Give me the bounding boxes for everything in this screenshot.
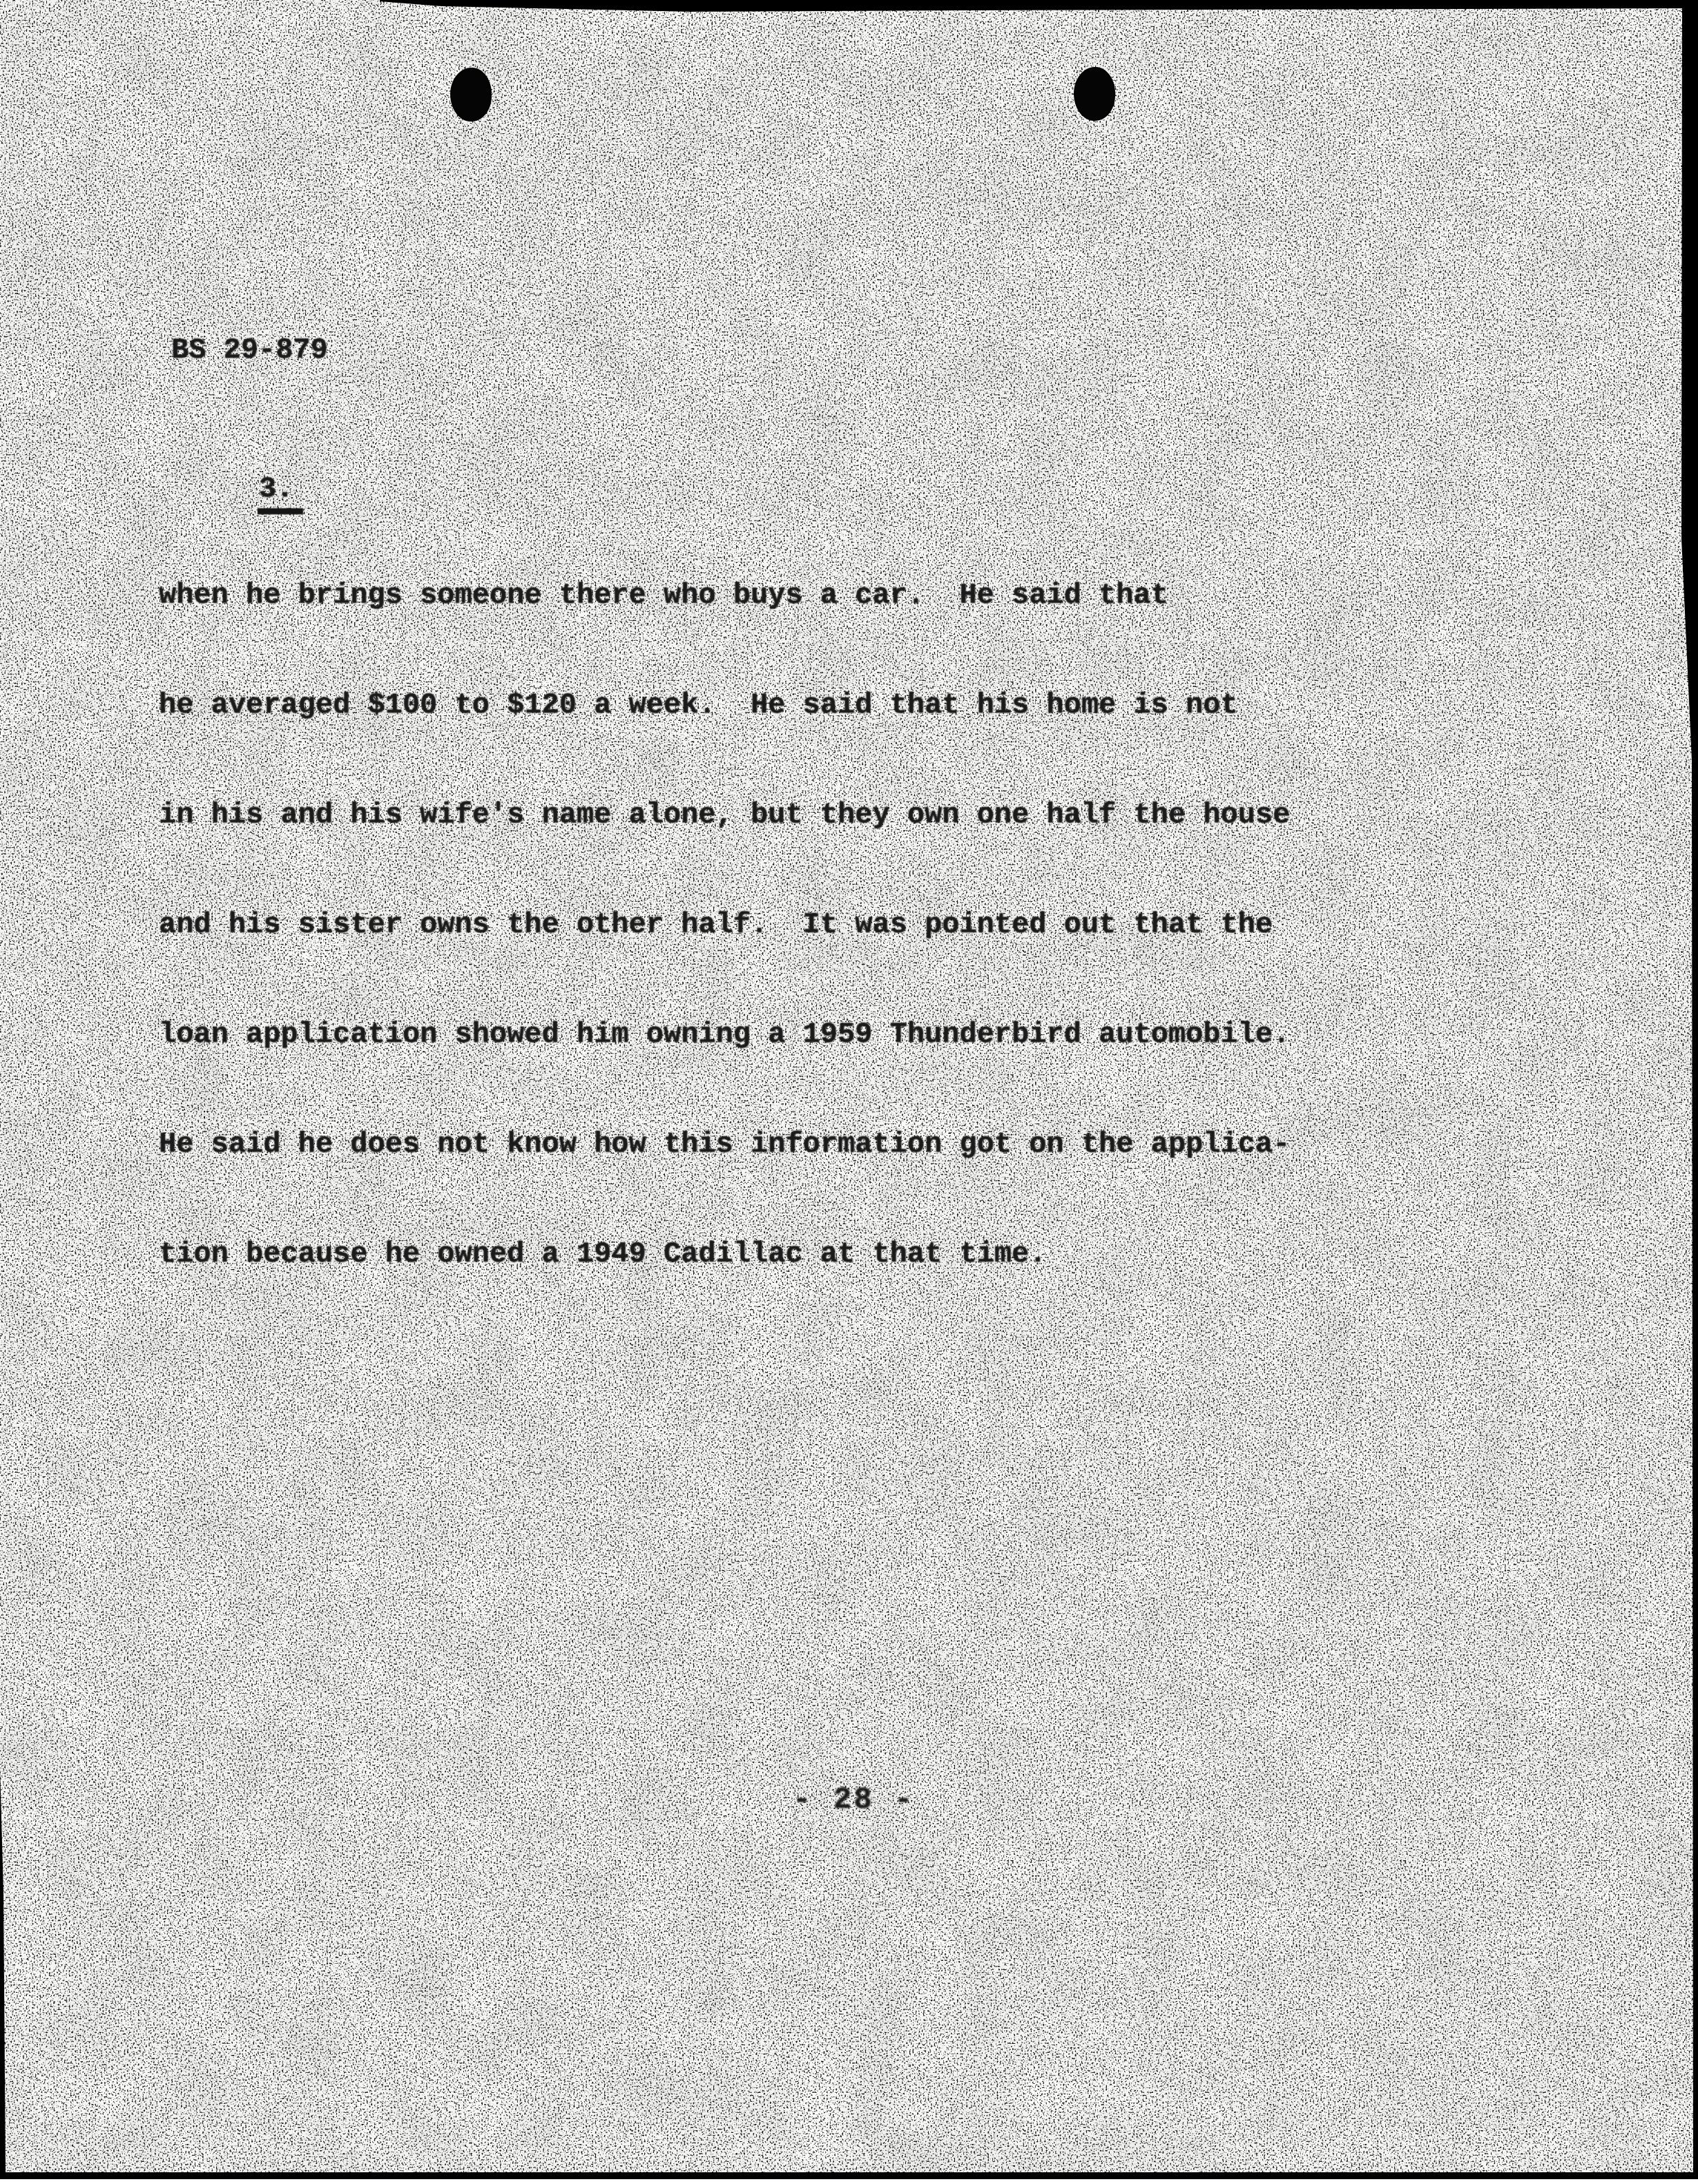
body-line: and his sister owns the other half. It w…	[159, 907, 1290, 943]
scan-edge-left	[0, 1768, 6, 2172]
body-line: tion because he owned a 1949 Cadillac at…	[159, 1236, 1290, 1273]
body-line: in his and his wife's name alone, but th…	[159, 797, 1290, 833]
body-line: when he brings someone there who buys a …	[159, 577, 1290, 614]
scan-edge-right	[1681, 0, 1698, 2184]
case-number: BS 29-879	[171, 334, 328, 367]
body-line: He said he does not know how this inform…	[159, 1126, 1290, 1163]
page-number: - 28 -	[793, 1783, 914, 1817]
scan-edge-bottom	[0, 2172, 1698, 2179]
body-paragraph: when he brings someone there who buys a …	[159, 504, 1290, 1346]
hole-punch-icon	[450, 68, 492, 122]
hole-punch-icon	[1074, 67, 1115, 121]
scanned-document-page: BS 29-879 3. when he brings someone ther…	[0, 0, 1698, 2184]
scan-edge-top	[380, 0, 1698, 12]
scan-edge-bottom-margin	[0, 2179, 1698, 2184]
body-line: loan application showed him owning a 195…	[159, 1016, 1290, 1053]
body-line: he averaged $100 to $120 a week. He said…	[159, 687, 1290, 724]
